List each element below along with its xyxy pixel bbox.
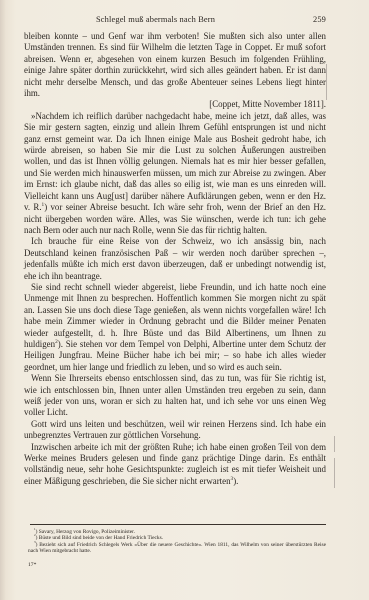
footnote-text: ) Büste und Bild sind beide von der Hand… xyxy=(36,535,163,541)
signature-mark: 17* xyxy=(28,562,36,568)
running-head: Schlegel muß abermals nach Bern 259 xyxy=(24,15,326,27)
footnote: 3) Bezieht sich auf Friedrich Schlegels … xyxy=(28,542,326,555)
paragraph: Sie sind recht schnell wieder abgereist,… xyxy=(24,282,326,373)
running-head-title: Schlegel muß abermals nach Bern xyxy=(96,15,215,24)
dateline: [Coppet, Mitte November 1811]. xyxy=(24,99,326,110)
paragraph-text: »Nachdem ich reiflich darüber nachgedach… xyxy=(24,111,326,212)
paragraph: »Nachdem ich reiflich darüber nachgedach… xyxy=(24,111,326,236)
margin-pencil-mark xyxy=(326,64,327,100)
footnote-divider xyxy=(30,524,326,525)
paragraph-text: ) vor seiner Abreise besucht. Ich wäre s… xyxy=(24,202,326,235)
paragraph-text: Inzwischen arbeite ich mit der größten R… xyxy=(24,442,326,486)
margin-pencil-mark xyxy=(334,458,335,488)
body-text: bleiben konnte – und Genf war ihm verbot… xyxy=(24,31,326,487)
paragraph-text: ). Sie stehen vor dem Tempel von Delphi,… xyxy=(24,339,326,372)
margin-pencil-mark xyxy=(334,436,335,452)
page-number: 259 xyxy=(313,15,326,24)
paragraph: Gott wird uns leiten und beschützen, wei… xyxy=(24,419,326,442)
footnote-text: ) Bezieht sich auf Friedrich Schlegels W… xyxy=(28,542,326,554)
paragraph: Ich brauche für eine Reise von der Schwe… xyxy=(24,236,326,282)
paragraph: Wenn Sie Ihrerseits ebenso entschlossen … xyxy=(24,373,326,419)
paragraph-text: ). xyxy=(233,476,238,486)
paragraph: Inzwischen arbeite ich mit der größten R… xyxy=(24,442,326,488)
paragraph: bleiben konnte – und Genf war ihm verbot… xyxy=(24,31,326,99)
footnotes: 1) Savary, Herzog von Rovigo, Polizeimin… xyxy=(28,529,326,554)
